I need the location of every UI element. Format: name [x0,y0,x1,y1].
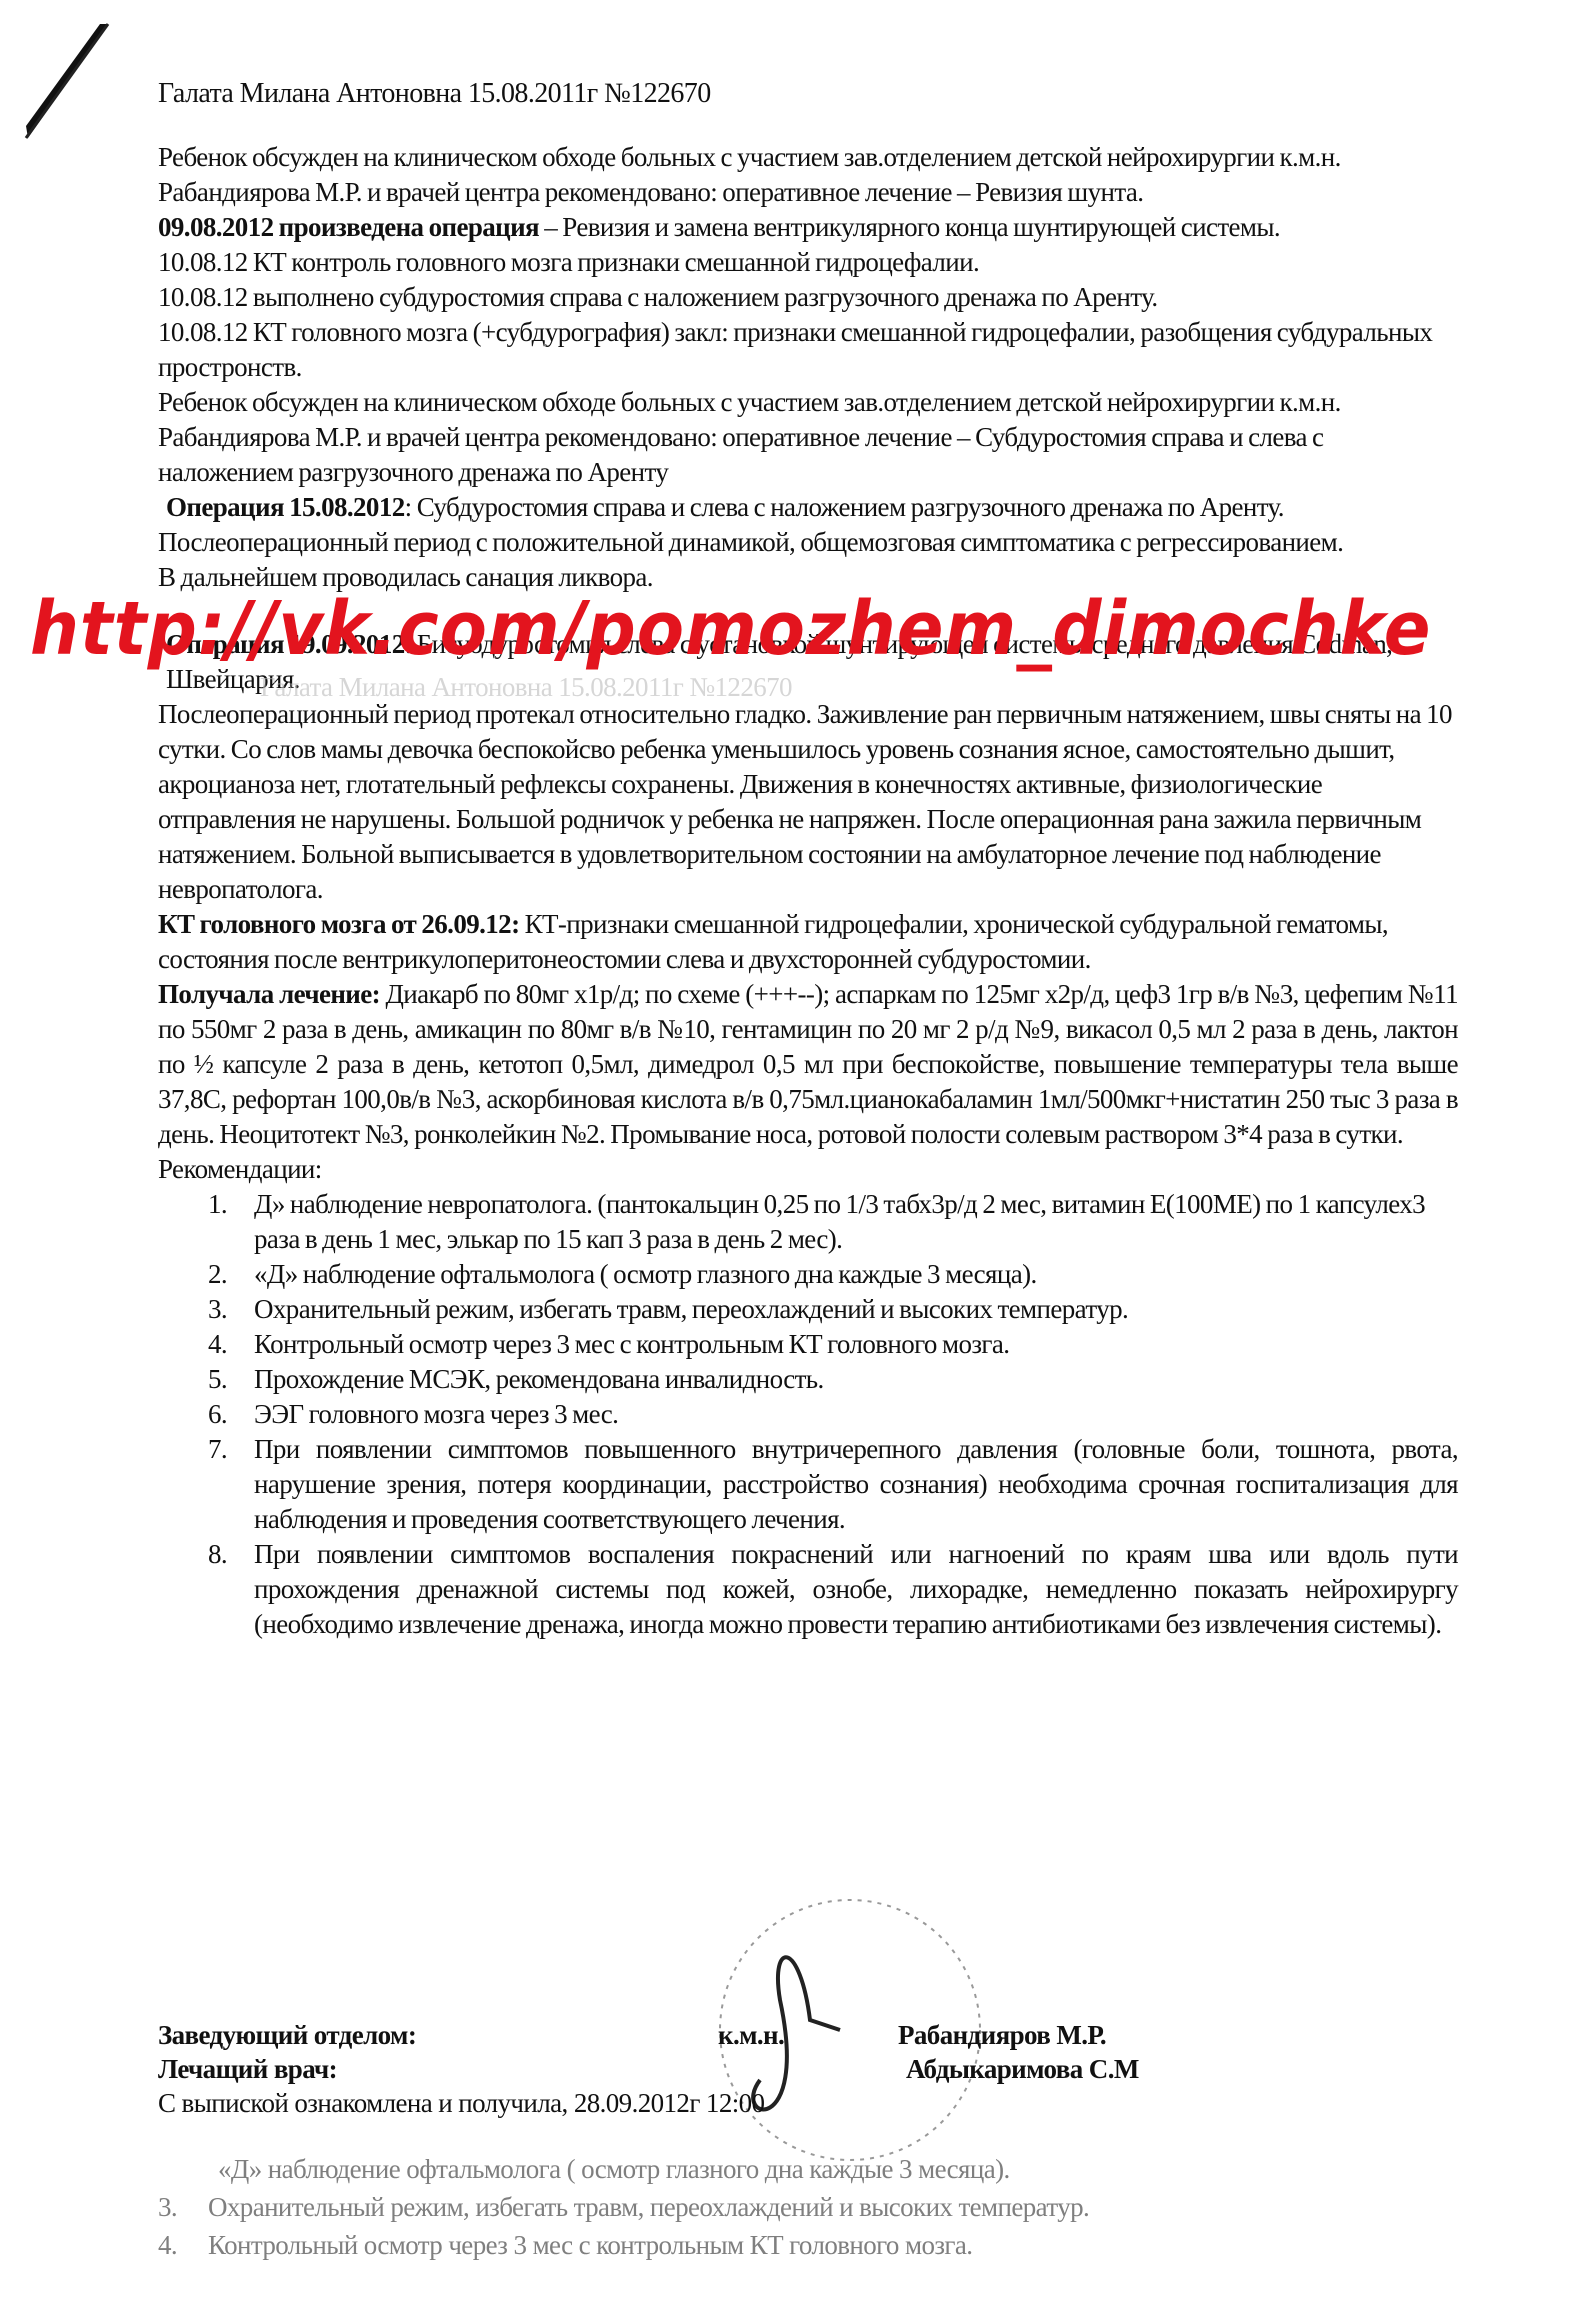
operation-1: 09.08.2012 произведена операция – Ревизи… [158,210,1458,245]
recommendation-number: 6. [208,1397,227,1432]
operation-2: Операция 15.08.2012: Субдуростомия справ… [158,490,1458,525]
recommendation-number: 3. [208,1292,227,1327]
recommendations-list: 1.Д» наблюдение невропатолога. (пантокал… [158,1187,1458,1642]
recommendation-text: Контрольный осмотр через 3 мес с контрол… [254,1329,1009,1359]
bleedthrough-text: «Д» наблюдение офтальмолога ( осмотр гла… [158,2150,1089,2264]
postop-paragraph-2: Послеоперационный период протекал относи… [158,697,1458,907]
signature-block: Заведующий отделом: к.м.н. Рабандияров М… [158,2018,1458,2120]
watermark-url: http://vk.com/pomozhem_dimochke [30,586,1431,672]
recommendation-number: 1. [208,1187,227,1222]
recommendation-number: 4. [208,1327,227,1362]
recommendation-text: «Д» наблюдение офтальмолога ( осмотр гла… [254,1259,1037,1289]
recommendation-number: 8. [208,1537,227,1572]
recommendation-item: 3.Охранительный режим, избегать травм, п… [158,1292,1458,1327]
head-name: Рабандияров М.Р. [898,2018,1106,2052]
recommendation-item: 7.При появлении симптомов повышенного вн… [158,1432,1458,1537]
document-body: Ребенок обсужден на клиническом обходе б… [158,140,1458,1642]
postop-paragraph-1: Послеоперационный период с положительной… [158,525,1458,560]
recommendation-text: При появлении симптомов воспаления покра… [254,1539,1458,1639]
recommendation-item: 1.Д» наблюдение невропатолога. (пантокал… [158,1187,1458,1257]
head-degree: к.м.н. [718,2018,784,2052]
ct-subdurography-line: 10.08.12 КТ головного мозга (+субдурогра… [158,315,1458,385]
bleedthrough-line-b: 3.Охранительный режим, избегать травм, п… [158,2188,1089,2226]
recommendation-item: 6.ЭЭГ головного мозга через 3 мес. [158,1397,1458,1432]
bleedthrough-line-a: «Д» наблюдение офтальмолога ( осмотр гла… [158,2150,1089,2188]
recommendation-item: 8.При появлении симптомов воспаления пок… [158,1537,1458,1642]
recommendation-item: 2.«Д» наблюдение офтальмолога ( осмотр г… [158,1257,1458,1292]
head-label: Заведующий отделом: [158,2018,416,2052]
recommendation-text: Охранительный режим, избегать травм, пер… [254,1294,1128,1324]
ct-result: КТ головного мозга от 26.09.12: КТ-призн… [158,907,1458,977]
received-row: С выпиской ознакомлена и получила, 28.09… [158,2086,1458,2120]
operation-2-text: : Субдуростомия справа и слева с наложен… [405,492,1284,522]
patient-header: Галата Милана Антоновна 15.08.2011г №122… [158,78,711,110]
recommendation-number: 7. [208,1432,227,1467]
recommendation-text: Прохождение МСЭК, рекомендована инвалидн… [254,1364,824,1394]
received-datetime: 28.09.2012г 12:00 [574,2088,765,2118]
treatment: Получала лечение: Диакарб по 80мг х1р/д;… [158,977,1458,1152]
paragraph-round-1: Ребенок обсужден на клиническом обходе б… [158,140,1458,210]
attending-doctor-row: Лечащий врач: Абдыкаримова С.М [158,2052,1458,2086]
treatment-label: Получала лечение: [158,979,380,1009]
recommendation-number: 5. [208,1362,227,1397]
pen-stroke-mark [10,10,110,140]
operation-1-date: 09.08.2012 произведена операция [158,212,539,242]
subdurostomy-line: 10.08.12 выполнено субдуростомия справа … [158,280,1458,315]
bleedthrough-line-c: 4.Контрольный осмотр через 3 мес с контр… [158,2226,1089,2264]
recommendation-item: 4.Контрольный осмотр через 3 мес с контр… [158,1327,1458,1362]
ct-result-label: КТ головного мозга от 26.09.12: [158,909,519,939]
recommendation-text: При появлении симптомов повышенного внут… [254,1434,1458,1534]
recommendation-text: ЭЭГ головного мозга через 3 мес. [254,1399,618,1429]
operation-2-date: Операция 15.08.2012 [166,492,405,522]
head-of-department-row: Заведующий отделом: к.м.н. Рабандияров М… [158,2018,1458,2052]
recommendation-text: Д» наблюдение невропатолога. (пантокальц… [254,1189,1425,1254]
doctor-label: Лечащий врач: [158,2052,337,2086]
recommendations-heading: Рекомендации: [158,1152,1458,1187]
bleedthrough-title: Галата Милана Антоновна 15.08.2011г №122… [260,672,792,703]
received-label: С выпиской ознакомлена и получила [158,2088,562,2118]
paragraph-round-2: Ребенок обсужден на клиническом обходе б… [158,385,1458,490]
ct-control-line: 10.08.12 КТ контроль головного мозга при… [158,245,1458,280]
document-page: Галата Милана Антоновна 15.08.2011г №122… [0,0,1584,2320]
doctor-name: Абдыкаримова С.М [906,2052,1139,2086]
recommendation-number: 2. [208,1257,227,1292]
operation-1-text: – Ревизия и замена вентрикулярного конца… [539,212,1280,242]
recommendation-item: 5.Прохождение МСЭК, рекомендована инвали… [158,1362,1458,1397]
